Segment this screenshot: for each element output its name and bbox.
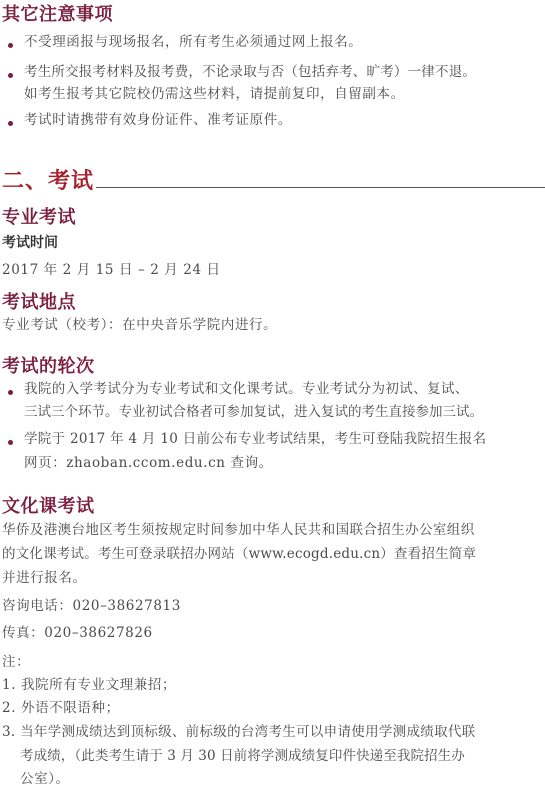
exam-location-title: 考试地点	[2, 288, 76, 314]
fax-number: 传真：020–38627826	[2, 625, 153, 641]
cultural-exam-title: 文化课考试	[2, 492, 95, 518]
bullet-icon	[8, 121, 13, 126]
exam-section-title: 二、考试	[2, 164, 94, 195]
note-item-3-line-1: 3. 当年学测成绩达到顶标级、前标级的台湾考生可以申请使用学测成绩取代联	[2, 724, 475, 740]
bullet-icon	[8, 73, 13, 78]
cultural-paragraph-line-3: 并进行报名。	[2, 570, 87, 586]
rounds-bullet-1-line-2: 三试三个环节。专业初试合格者可参加复试，进入复试的考生直接参加三试。	[24, 404, 483, 420]
exam-time-label: 考试时间	[2, 232, 58, 252]
professional-exam-title: 专业考试	[2, 203, 76, 229]
bullet-icon	[8, 440, 13, 445]
note-item-3-line-2: 考成绩，（此类考生请于 3 月 30 日前将学测成绩复印件快递至我院招生办	[20, 748, 465, 764]
bullet-icon	[8, 390, 13, 395]
cultural-paragraph-line-2: 的文化课考试。考生可登录联招办网站（www.ecogd.edu.cn）查看招生简…	[2, 546, 476, 562]
rounds-bullet-1-line-1: 我院的入学考试分为专业考试和文化课考试。专业考试分为初试、复试、	[24, 381, 469, 397]
notes-bullet-2-line-2: 如考生报考其它院校仍需这些材料，请提前复印，自留副本。	[24, 86, 405, 102]
note-item-3-line-3: 公室）。	[20, 771, 70, 787]
notes-section-title: 其它注意事项	[2, 0, 113, 26]
notes-bullet-1-line-1: 不受理函报与现场报名，所有考生必须通过网上报名。	[24, 34, 362, 50]
rounds-bullet-2-line-1: 学院于 2017 年 4 月 10 日前公布专业考试结果，考生可登陆我院招生报名	[24, 431, 486, 447]
section-divider	[96, 187, 545, 188]
rounds-bullet-2-line-2: 网页：zhaoban.ccom.edu.cn 查询。	[24, 455, 273, 471]
exam-location-value: 专业考试（校考）：在中央音乐学院内进行。	[2, 317, 277, 333]
cultural-paragraph-line-1: 华侨及港澳台地区考生须按规定时间参加中华人民共和国联合招生办公室组织	[2, 522, 475, 538]
bullet-icon	[8, 43, 13, 48]
notes-bullet-3-line-1: 考试时请携带有效身份证件、准考证原件。	[24, 112, 292, 128]
note-label: 注：	[2, 654, 30, 670]
consult-phone: 咨询电话：020–38627813	[2, 598, 181, 614]
exam-time-value: 2017 年 2 月 15 日 – 2 月 24 日	[2, 262, 221, 278]
notes-bullet-2-line-1: 考生所交报考材料及报考费，不论录取与否（包括弃考、旷考）一律不退。	[24, 64, 476, 80]
note-item-1: 1. 我院所有专业文理兼招；	[2, 677, 176, 693]
note-item-2: 2. 外语不限语种；	[2, 700, 120, 716]
exam-rounds-title: 考试的轮次	[2, 352, 95, 378]
